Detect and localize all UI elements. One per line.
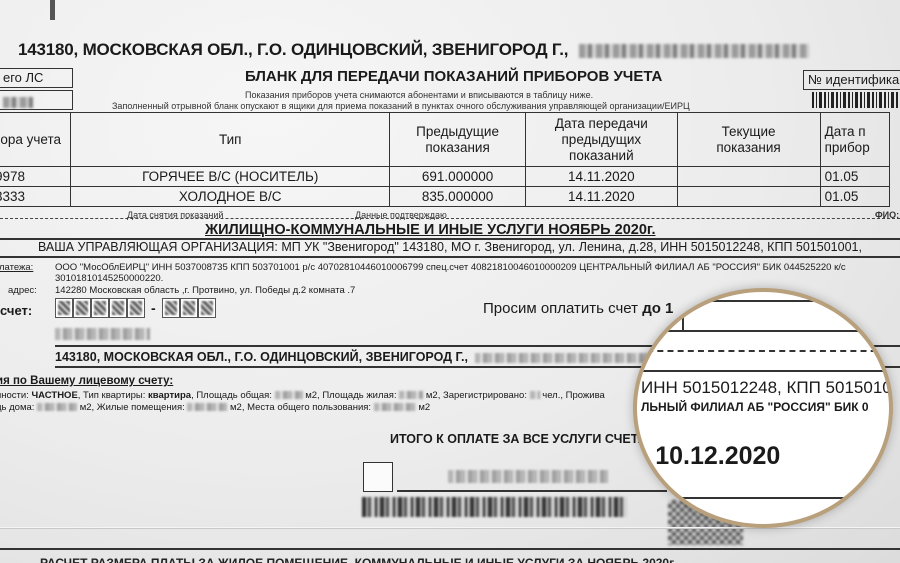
divider [0, 548, 900, 550]
form-title: БЛАНК ДЛЯ ПЕРЕДАЧИ ПОКАЗАНИЙ ПРИБОРОВ УЧ… [245, 68, 662, 85]
confirm-label: Данные подтверждаю [355, 210, 447, 220]
form-note-1: Показания приборов учета снимаются абоне… [245, 90, 593, 100]
tear-mark [50, 0, 55, 20]
ls-label-box: его ЛС [0, 68, 73, 88]
col-meter-number: ора учета [0, 113, 71, 167]
total-title: ИТОГО К ОПЛАТЕ ЗА ВСЕ УСЛУГИ СЧЕТА [390, 432, 647, 446]
checkbox[interactable] [363, 462, 393, 492]
divider [0, 256, 900, 258]
account-info-title: ия по Вашему лицевому счету: [0, 375, 173, 387]
payee-corr-account: 30101810145250000220. [55, 273, 163, 284]
org-line: ВАША УПРАВЛЯЮЩАЯ ОРГАНИЗАЦИЯ: МП УК "Зве… [38, 240, 862, 254]
col-previous-date: Дата передачипредыдущихпоказаний [526, 113, 677, 167]
payee-details: ООО "МосОблЕИРЦ" ИНН 5037008735 КПП 5037… [55, 262, 846, 273]
address-secondary: 143180, МОСКОВСКАЯ ОБЛ., Г.О. ОДИНЦОВСКИ… [55, 350, 650, 364]
magnified-bank: ЛЬНЫЙ ФИЛИАЛ АБ "РОССИЯ" БИК 0 [641, 400, 869, 414]
magnifier-lens: ИНН 5015012248, КПП 501501001 ЛЬНЫЙ ФИЛИ… [633, 288, 893, 528]
address-value: 142280 Московская область ,г. Протвино, … [55, 285, 355, 296]
ls-value-box [0, 90, 73, 110]
services-title: ЖИЛИЩНО-КОММУНАЛЬНЫЕ И ИНЫЕ УСЛУГИ НОЯБР… [205, 222, 656, 238]
redacted-street [475, 353, 650, 363]
payee-label: латежа: [0, 262, 33, 273]
redacted-street [579, 44, 809, 58]
fio-label: ФИО: [875, 210, 899, 220]
redacted-name [55, 325, 150, 343]
magnified-due-date: о 10.12.2020 [633, 442, 780, 471]
form-note-2: Заполненный отрывной бланк опускают в ящ… [112, 101, 690, 111]
account-label: счет: [0, 303, 32, 318]
col-type: Тип [71, 113, 390, 167]
col-check-date: Дата пприбор [820, 113, 889, 167]
ident-label-box: № идентифика [803, 70, 900, 90]
redacted-total-amount [448, 468, 608, 486]
account-info-line-1: нности: ЧАСТНОЕ, Тип квартиры: квартира,… [0, 390, 605, 401]
barcode-icon [362, 497, 627, 517]
barcode-icon [812, 92, 900, 108]
table-row: 9978 ГОРЯЧЕЕ В/С (НОСИТЕЛЬ) 691.000000 1… [0, 167, 890, 187]
calculation-title: РАСЧЕТ РАЗМЕРА ПЛАТЫ ЗА ЖИЛОЕ ПОМЕЩЕНИЕ,… [40, 556, 676, 563]
reading-date-label: Дата снятия показаний [127, 210, 223, 220]
meter-readings-table: ора учета Тип Предыдущиепоказания Дата п… [0, 112, 890, 207]
table-header-row: ора учета Тип Предыдущиепоказания Дата п… [0, 113, 890, 167]
current-reading-input[interactable] [677, 167, 820, 187]
current-reading-input[interactable] [677, 187, 820, 207]
account-info-line-2: дь дома: м2, Жилые помещения: м2, Места … [0, 402, 430, 413]
redacted-ls [3, 97, 33, 108]
address-header: 143180, МОСКОВСКАЯ ОБЛ., Г.О. ОДИНЦОВСКИ… [18, 40, 809, 60]
col-previous: Предыдущиепоказания [390, 113, 526, 167]
col-current: Текущиепоказания [677, 113, 820, 167]
address-label: адрес: [8, 285, 37, 296]
amount-underline [397, 490, 667, 492]
pay-request: Просим оплатить счет до 1 [483, 300, 673, 317]
magnified-inn: ИНН 5015012248, КПП 501501001 [641, 378, 893, 398]
account-number-cells: - [55, 298, 216, 318]
table-row: 3333 ХОЛОДНОЕ В/С 835.000000 14.11.2020 … [0, 187, 890, 207]
